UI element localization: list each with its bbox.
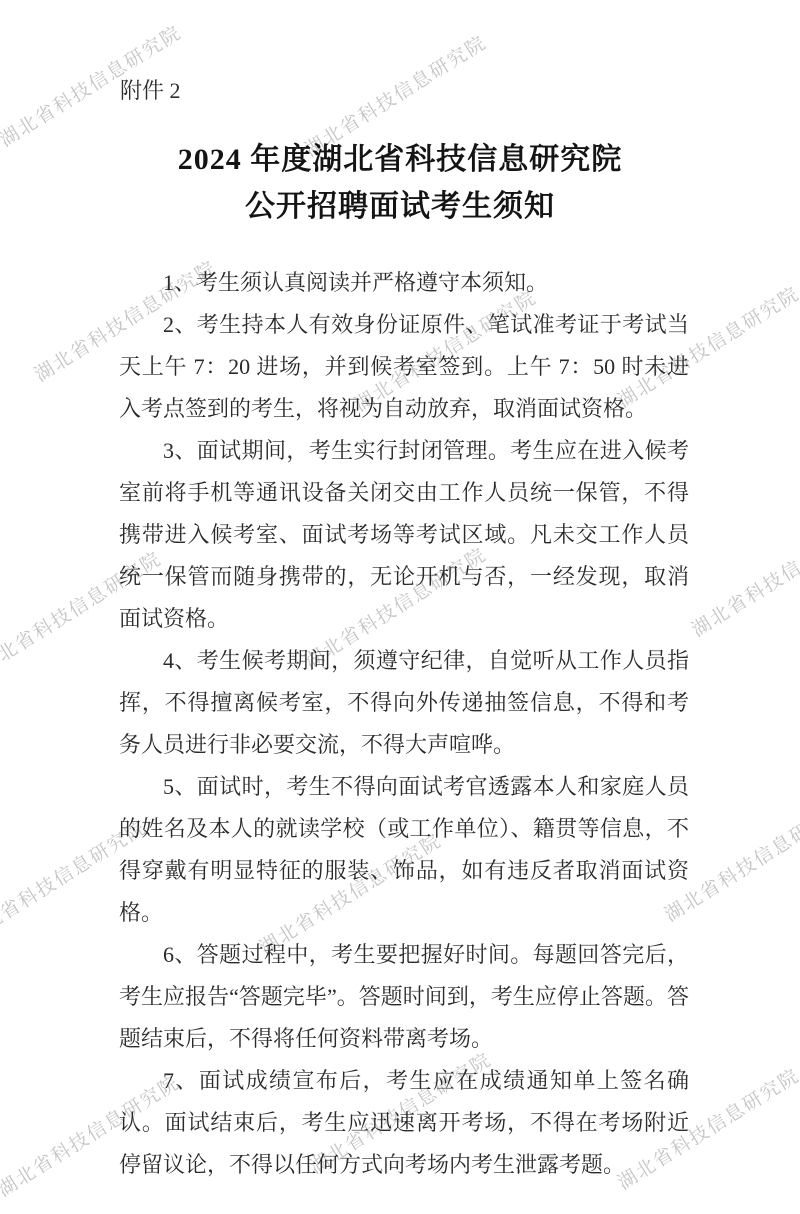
paragraph-1: 1、考生须认真阅读并严格遵守本须知。: [119, 262, 689, 304]
paragraph-2: 2、考生持本人有效身份证原件、笔试准考证于考试当天上午 7：20 进场，并到候考…: [119, 304, 689, 430]
document-page: 湖北省科技信息研究院湖北省科技信息研究院湖北省科技信息研究院湖北省科技信息研究院…: [0, 0, 800, 1214]
doc-title-line-2: 公开招聘面试考生须知: [0, 183, 800, 230]
attachment-label: 附件 2: [120, 74, 181, 105]
paragraph-6: 6、答题过程中，考生要把握好时间。每题回答完后，考生应报告“答题完毕”。答题时间…: [119, 934, 689, 1060]
paragraph-7: 7、面试成绩宣布后，考生应在成绩通知单上签名确认。面试结束后，考生应迅速离开考场…: [119, 1060, 689, 1186]
paragraph-4: 4、考生候考期间，须遵守纪律，自觉听从工作人员指挥，不得擅离候考室，不得向外传递…: [119, 640, 689, 766]
doc-title-line-1: 2024 年度湖北省科技信息研究院: [0, 136, 800, 183]
paragraph-3: 3、面试期间，考生实行封闭管理。考生应在进入候考室前将手机等通讯设备关闭交由工作…: [119, 430, 689, 640]
doc-title: 2024 年度湖北省科技信息研究院 公开招聘面试考生须知: [0, 136, 800, 230]
watermark-text: 湖北省科技信息研究院: [686, 508, 800, 642]
notice-body: 1、考生须认真阅读并严格遵守本须知。 2、考生持本人有效身份证原件、笔试准考证于…: [119, 262, 689, 1186]
paragraph-5: 5、面试时，考生不得向面试考官透露本人和家庭人员的姓名及本人的就读学校（或工作单…: [119, 766, 689, 934]
